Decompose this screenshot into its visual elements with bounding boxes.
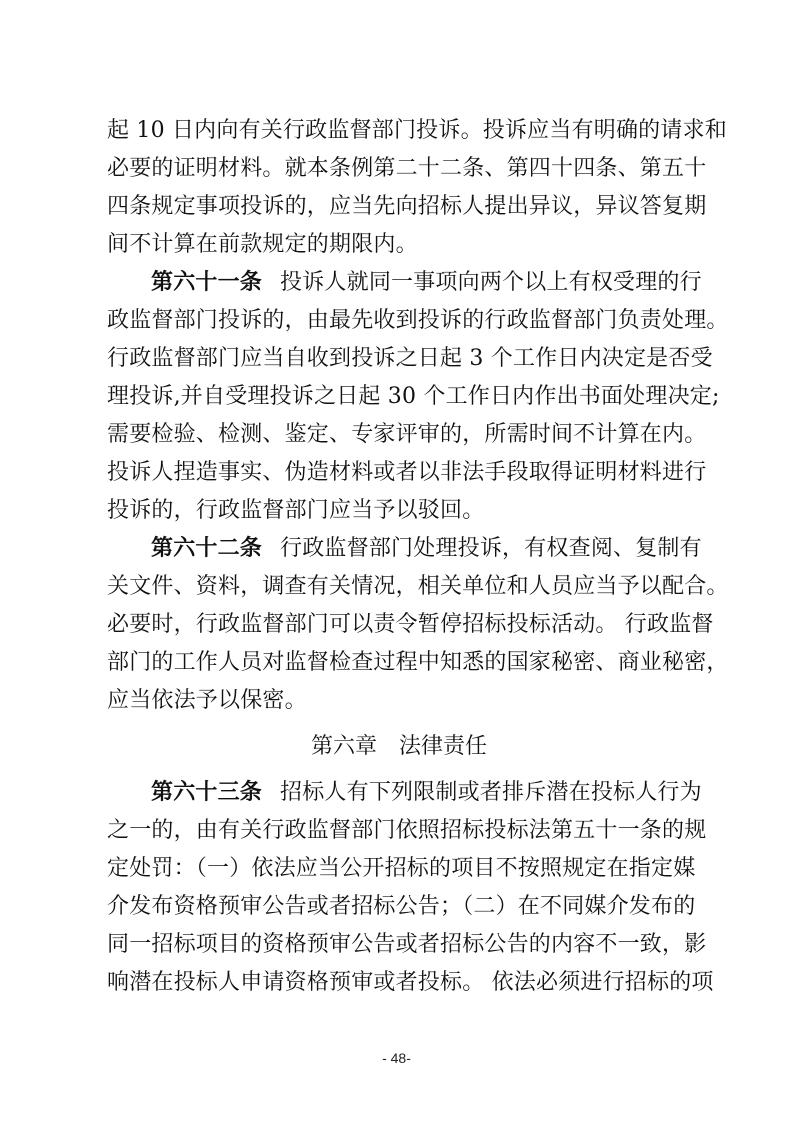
article-heading: 第六十二条 bbox=[151, 536, 262, 561]
text-line: 需要检验、检测、鉴定、专家评审的，所需时间不计算在内。 bbox=[107, 416, 691, 454]
text-line: 应当依法予以保密。 bbox=[107, 682, 691, 720]
chapter-title: 第六章 法律责任 bbox=[107, 728, 691, 766]
text-line: 关文件、资料，调查有关情况，相关单位和人员应当予以配合。 bbox=[107, 568, 691, 606]
text-line: 起 10 日内向有关行政监督部门投诉。投诉应当有明确的请求和 bbox=[107, 112, 691, 150]
article-61: 第六十一条投诉人就同一事项向两个以上有权受理的行 政监督部门投诉的，由最先收到投… bbox=[107, 264, 691, 530]
text-line: 间不计算在前款规定的期限内。 bbox=[107, 226, 691, 264]
paragraph-carryover: 起 10 日内向有关行政监督部门投诉。投诉应当有明确的请求和 必要的证明材料。就… bbox=[107, 112, 691, 264]
article-text: 行政监督部门处理投诉，有权查阅、复制有 bbox=[280, 536, 702, 561]
article-first-line: 第六十二条行政监督部门处理投诉，有权查阅、复制有 bbox=[107, 530, 691, 568]
text-line: 介发布资格预审公告或者招标公告；（二）在不同媒介发布的 bbox=[107, 888, 691, 926]
article-heading: 第六十三条 bbox=[151, 780, 262, 805]
text-line: 部门的工作人员对监督检查过程中知悉的国家秘密、商业秘密， bbox=[107, 644, 691, 682]
article-first-line: 第六十三条招标人有下列限制或者排斥潜在投标人行为 bbox=[107, 774, 691, 812]
article-text: 投诉人就同一事项向两个以上有权受理的行 bbox=[280, 270, 702, 295]
text-line: 必要的证明材料。就本条例第二十二条、第四十四条、第五十 bbox=[107, 150, 691, 188]
text-line: 理投诉,并自受理投诉之日起 30 个工作日内作出书面处理决定; bbox=[107, 378, 691, 416]
article-heading: 第六十一条 bbox=[151, 270, 262, 295]
text-line: 之一的，由有关行政监督部门依照招标投标法第五十一条的规 bbox=[107, 812, 691, 850]
article-text: 招标人有下列限制或者排斥潜在投标人行为 bbox=[280, 780, 702, 805]
text-line: 同一招标项目的资格预审公告或者招标公告的内容不一致，影 bbox=[107, 926, 691, 964]
text-line: 行政监督部门应当自收到投诉之日起 3 个工作日内决定是否受 bbox=[107, 340, 691, 378]
document-page: 起 10 日内向有关行政监督部门投诉。投诉应当有明确的请求和 必要的证明材料。就… bbox=[107, 112, 691, 1002]
page-number: - 48- bbox=[0, 1050, 793, 1066]
text-line: 必要时，行政监督部门可以责令暂停招标投标活动。 行政监督 bbox=[107, 606, 691, 644]
text-line: 响潜在投标人申请资格预审或者投标。 依法必须进行招标的项 bbox=[107, 964, 691, 1002]
text-line: 投诉的，行政监督部门应当予以驳回。 bbox=[107, 492, 691, 530]
text-line: 投诉人捏造事实、伪造材料或者以非法手段取得证明材料进行 bbox=[107, 454, 691, 492]
text-line: 政监督部门投诉的，由最先收到投诉的行政监督部门负责处理。 bbox=[107, 302, 691, 340]
text-line: 四条规定事项投诉的，应当先向招标人提出异议，异议答复期 bbox=[107, 188, 691, 226]
article-first-line: 第六十一条投诉人就同一事项向两个以上有权受理的行 bbox=[107, 264, 691, 302]
text-line: 定处罚：（一）依法应当公开招标的项目不按照规定在指定媒 bbox=[107, 850, 691, 888]
article-62: 第六十二条行政监督部门处理投诉，有权查阅、复制有 关文件、资料，调查有关情况，相… bbox=[107, 530, 691, 720]
article-63: 第六十三条招标人有下列限制或者排斥潜在投标人行为 之一的，由有关行政监督部门依照… bbox=[107, 774, 691, 1002]
